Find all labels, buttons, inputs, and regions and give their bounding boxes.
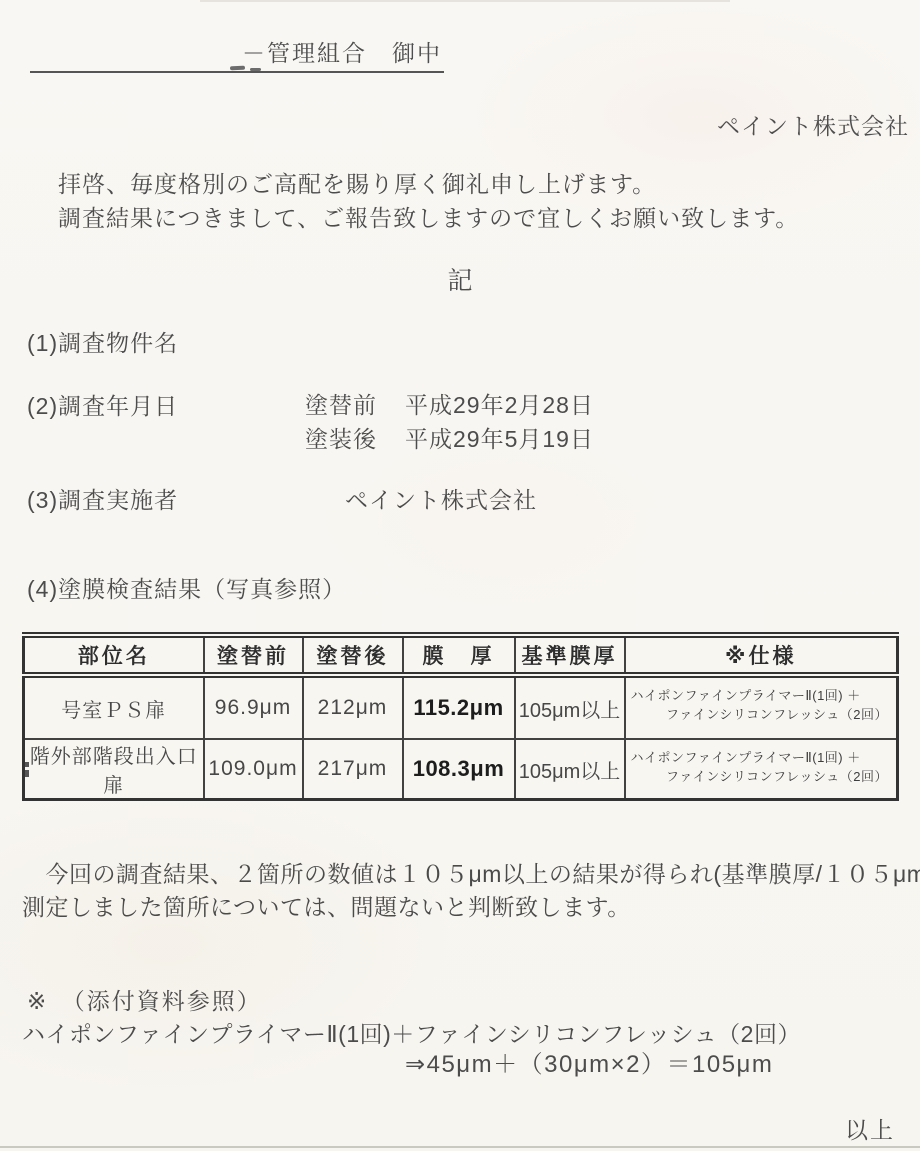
scan-edge-artifact-bottom — [0, 1146, 920, 1148]
cell-before-value: 96.9μm — [204, 675, 303, 739]
date-after-label: 塗装後 — [305, 422, 405, 456]
inspection-results-table: 部位名 塗替前 塗替後 膜 厚 基準膜厚 ※仕様 号室ＰＳ扉 96.9μm 21… — [22, 632, 899, 801]
header-before: 塗替前 — [204, 635, 303, 675]
cell-spec: ハイポンファインプライマーⅡ(1回) ＋ ファインシリコンフレッシュ（2回） — [625, 675, 898, 739]
date-before-value: 平成29年2月28日 — [405, 392, 594, 418]
date-row-before: 塗替前平成29年2月28日 — [305, 388, 594, 422]
header-spec: ※仕様 — [625, 635, 898, 675]
cell-part-name: 階外部階段出入口扉 — [24, 739, 204, 800]
part-name-text: 階外部階段出入口扉 — [30, 746, 198, 797]
spec-line-2: ファインシリコンフレッシュ（2回） — [631, 766, 889, 785]
cell-before-value: 109.0μm — [204, 739, 303, 800]
recipient-text: －管理組合 御中 — [242, 40, 442, 66]
table-row: 階外部階段出入口扉 109.0μm 217μm 108.3μm 105μm以上 … — [24, 739, 898, 800]
cell-standard-value: 105μm以上 — [515, 739, 625, 800]
note-formula-line: ⇒45μm＋（30μm×2）＝105μm — [405, 1044, 773, 1079]
greeting-line-1: 拝啓、毎度格別のご高配を賜り厚く御礼申し上げます。 — [58, 167, 799, 201]
table-header-row: 部位名 塗替前 塗替後 膜 厚 基準膜厚 ※仕様 — [24, 635, 898, 675]
header-standard: 基準膜厚 — [515, 635, 625, 675]
survey-dates: 塗替前平成29年2月28日 塗装後平成29年5月19日 — [305, 388, 594, 456]
date-before-label: 塗替前 — [305, 388, 405, 422]
spec-line-1: ハイポンファインプライマーⅡ(1回) ＋ — [631, 747, 889, 766]
item-3-label: (3)調査実施者 — [27, 482, 178, 515]
greeting-paragraph: 拝啓、毎度格別のご高配を賜り厚く御礼申し上げます。 調査結果につきまして、ご報告… — [58, 167, 799, 235]
cell-part-name: 号室ＰＳ扉 — [24, 675, 204, 739]
scanned-document-page: －管理組合 御中 ペイント株式会社 拝啓、毎度格別のご高配を賜り厚く御礼申し上げ… — [0, 0, 920, 1151]
cut-off-character-mark — [25, 762, 29, 777]
record-heading: 記 — [0, 261, 920, 297]
item-1-label: (1)調査物件名 — [27, 325, 178, 358]
cell-spec: ハイポンファインプライマーⅡ(1回) ＋ ファインシリコンフレッシュ（2回） — [625, 739, 898, 800]
cell-after-value: 212μm — [303, 675, 403, 739]
header-thickness: 膜 厚 — [403, 635, 515, 675]
cell-standard-value: 105μm以上 — [515, 675, 625, 739]
scan-edge-artifact-top — [200, 0, 730, 2]
surveyor-company-name: ペイント株式会社 — [345, 482, 537, 515]
header-after: 塗替後 — [303, 635, 403, 675]
conclusion-line-1: 今回の調査結果、２箇所の数値は１０５μm以上の結果が得られ(基準膜厚/１０５μm… — [22, 858, 920, 891]
cell-after-value: 217μm — [303, 739, 403, 800]
cell-thickness-value: 115.2μm — [403, 675, 515, 739]
note-reference-line: ※ （添付資料参照） — [27, 983, 262, 1016]
table-row: 号室ＰＳ扉 96.9μm 212μm 115.2μm 105μm以上 ハイポンフ… — [24, 675, 898, 739]
conclusion-line-2: 測定しました箇所については、問題ないと判断致します。 — [22, 891, 920, 924]
spec-line-2: ファインシリコンフレッシュ（2回） — [631, 704, 889, 723]
greeting-line-2: 調査結果につきまして、ご報告致しますので宜しくお願い致します。 — [58, 201, 799, 235]
header-part: 部位名 — [24, 635, 204, 675]
redaction-smudge — [250, 68, 261, 71]
redaction-smudge — [230, 66, 245, 71]
item-2-label: (2)調査年月日 — [27, 388, 178, 421]
spec-text: ハイポンファインプライマーⅡ(1回) ＋ ファインシリコンフレッシュ（2回） — [626, 678, 897, 729]
date-after-value: 平成29年5月19日 — [405, 426, 594, 452]
spec-text: ハイポンファインプライマーⅡ(1回) ＋ ファインシリコンフレッシュ（2回） — [626, 740, 897, 791]
closing-mark: 以上 — [845, 1112, 895, 1145]
item-4-label: (4)塗膜検査結果（写真参照） — [27, 571, 346, 604]
spec-line-1: ハイポンファインプライマーⅡ(1回) ＋ — [631, 685, 889, 704]
cell-thickness-value: 108.3μm — [403, 739, 515, 800]
date-row-after: 塗装後平成29年5月19日 — [305, 422, 594, 456]
conclusion-paragraph: 今回の調査結果、２箇所の数値は１０５μm以上の結果が得られ(基準膜厚/１０５μm… — [22, 858, 920, 924]
sender-company-name: ペイント株式会社 — [717, 108, 909, 141]
